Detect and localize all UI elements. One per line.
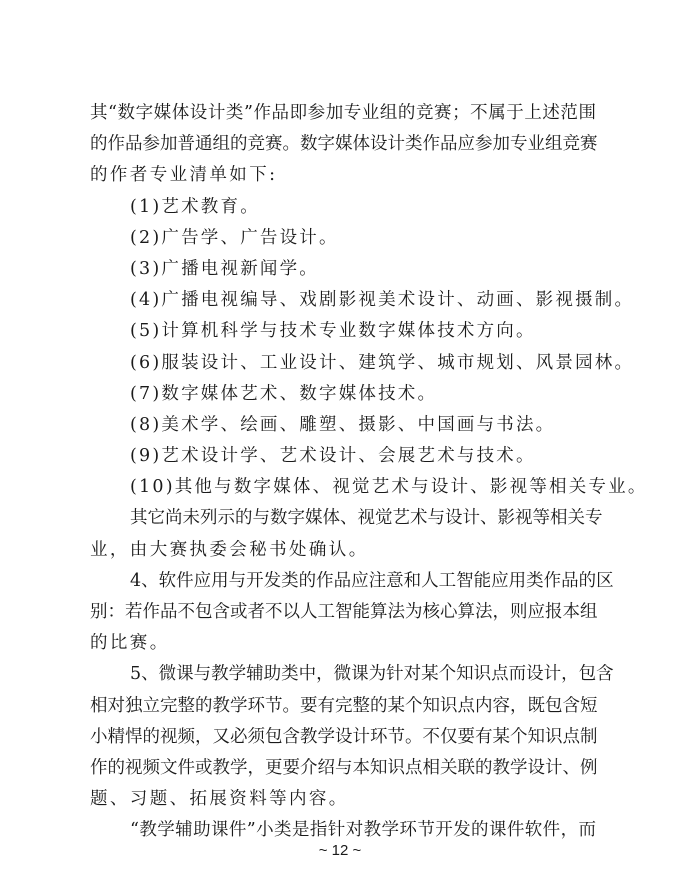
- paragraph-professional-group-intro: 其“数字媒体设计类”作品即参加专业组的竞赛；不属于上述范围 的作品参加普通组的竞…: [90, 98, 596, 192]
- list-item: (2)广告学、广告设计。: [90, 223, 596, 254]
- text-line: 题、习题、拓展资料等内容。: [90, 784, 596, 815]
- text-line: 的比赛。: [90, 628, 596, 659]
- list-item: (9)艺术设计学、艺术设计、会展艺术与技术。: [90, 441, 596, 472]
- major-list: (1)艺术教育。 (2)广告学、广告设计。 (3)广播电视新闻学。 (4)广播电…: [90, 192, 596, 504]
- paragraph-micro-course: 5、微课与教学辅助类中，微课为针对某个知识点而设计，包含 相对独立完整的教学环节…: [90, 659, 596, 815]
- list-item: (4)广播电视编导、戏剧影视美术设计、动画、影视摄制。: [90, 285, 596, 316]
- page-number: ~ 12 ~: [0, 842, 680, 859]
- list-item: (5)计算机科学与技术专业数字媒体技术方向。: [90, 316, 596, 347]
- text-line: 其“数字媒体设计类”作品即参加专业组的竞赛；不属于上述范围: [90, 98, 596, 129]
- text-line: 小精悍的视频，又必须包含教学设计环节。不仅要有某个知识点制: [90, 722, 596, 753]
- text-line: 相对独立完整的教学环节。要有完整的某个知识点内容，既包含短: [90, 691, 596, 722]
- paragraph-unlisted-majors: 其它尚未列示的与数字媒体、视觉艺术与设计、影视等相关专 业，由大赛执委会秘书处确…: [90, 503, 596, 565]
- text-line: 别：若作品不包含或者不以人工智能算法为核心算法，则应报本组: [90, 597, 596, 628]
- list-item: (10)其他与数字媒体、视觉艺术与设计、影视等相关专业。: [90, 472, 596, 503]
- document-page: 其“数字媒体设计类”作品即参加专业组的竞赛；不属于上述范围 的作品参加普通组的竞…: [90, 98, 596, 847]
- list-item: (3)广播电视新闻学。: [90, 254, 596, 285]
- text-line: 其它尚未列示的与数字媒体、视觉艺术与设计、影视等相关专: [90, 503, 596, 534]
- text-line: 5、微课与教学辅助类中，微课为针对某个知识点而设计，包含: [90, 659, 596, 690]
- text-line: 的作者专业清单如下:: [90, 160, 596, 191]
- text-line: 作的视频文件或教学，更要介绍与本知识点相关联的教学设计、例: [90, 753, 596, 784]
- text-line: 的作品参加普通组的竞赛。数字媒体设计类作品应参加专业组竞赛: [90, 129, 596, 160]
- list-item: (7)数字媒体艺术、数字媒体技术。: [90, 379, 596, 410]
- list-item: (8)美术学、绘画、雕塑、摄影、中国画与书法。: [90, 410, 596, 441]
- text-line: 4、软件应用与开发类的作品应注意和人工智能应用类作品的区: [90, 566, 596, 597]
- text-line: 业，由大赛执委会秘书处确认。: [90, 535, 596, 566]
- list-item: (6)服装设计、工业设计、建筑学、城市规划、风景园林。: [90, 348, 596, 379]
- paragraph-software-development: 4、软件应用与开发类的作品应注意和人工智能应用类作品的区 别：若作品不包含或者不…: [90, 566, 596, 660]
- list-item: (1)艺术教育。: [90, 192, 596, 223]
